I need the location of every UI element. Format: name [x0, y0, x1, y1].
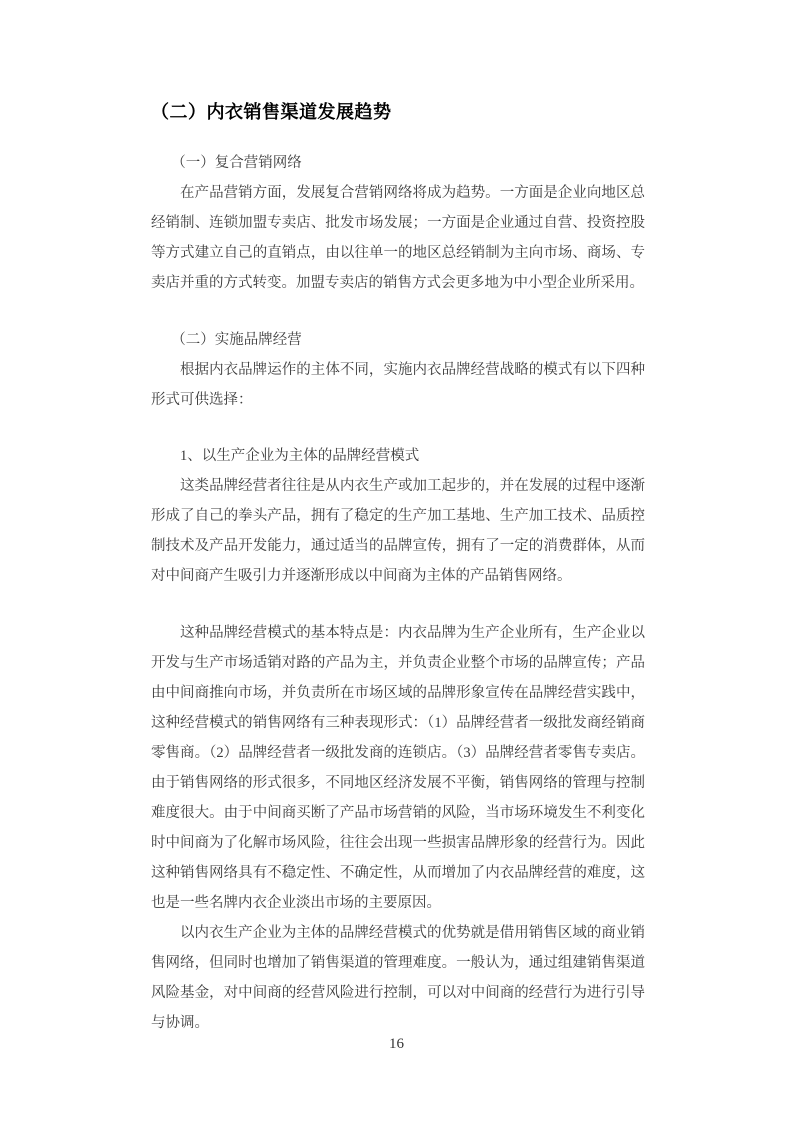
- section-heading: （二）内衣销售渠道发展趋势: [151, 97, 645, 128]
- document-content: （二）内衣销售渠道发展趋势 （一）复合营销网络 在产品营销方面，发展复合营销网络…: [151, 0, 645, 1038]
- document-page: （二）内衣销售渠道发展趋势 （一）复合营销网络 在产品营销方面，发展复合营销网络…: [0, 0, 793, 1122]
- subheading-composite-marketing-network: （一）复合营销网络: [151, 148, 645, 178]
- subheading-brand-operation: （二）实施品牌经营: [151, 325, 645, 355]
- paragraph-model-advantages: 以内衣生产企业为主体的品牌经营模式的优势就是借用销售区域的商业销售网络，但同时也…: [151, 918, 645, 1038]
- paragraph-composite-marketing: 在产品营销方面，发展复合营销网络将成为趋势。一方面是企业向地区总经销制、连锁加盟…: [151, 178, 645, 298]
- paragraph-brand-strategy-intro: 根据内衣品牌运作的主体不同，实施内衣品牌经营战略的模式有以下四种形式可供选择：: [151, 355, 645, 415]
- paragraph-producer-led-origin: 这类品牌经营者往往是从内衣生产或加工起步的，并在发展的过程中逐渐形成了自己的拳头…: [151, 471, 645, 591]
- subheading-producer-led-model: 1、以生产企业为主体的品牌经营模式: [151, 441, 645, 471]
- paragraph-model-characteristics: 这种品牌经营模式的基本特点是：内衣品牌为生产企业所有，生产企业以开发与生产市场适…: [151, 618, 645, 918]
- page-number: 16: [0, 1035, 793, 1053]
